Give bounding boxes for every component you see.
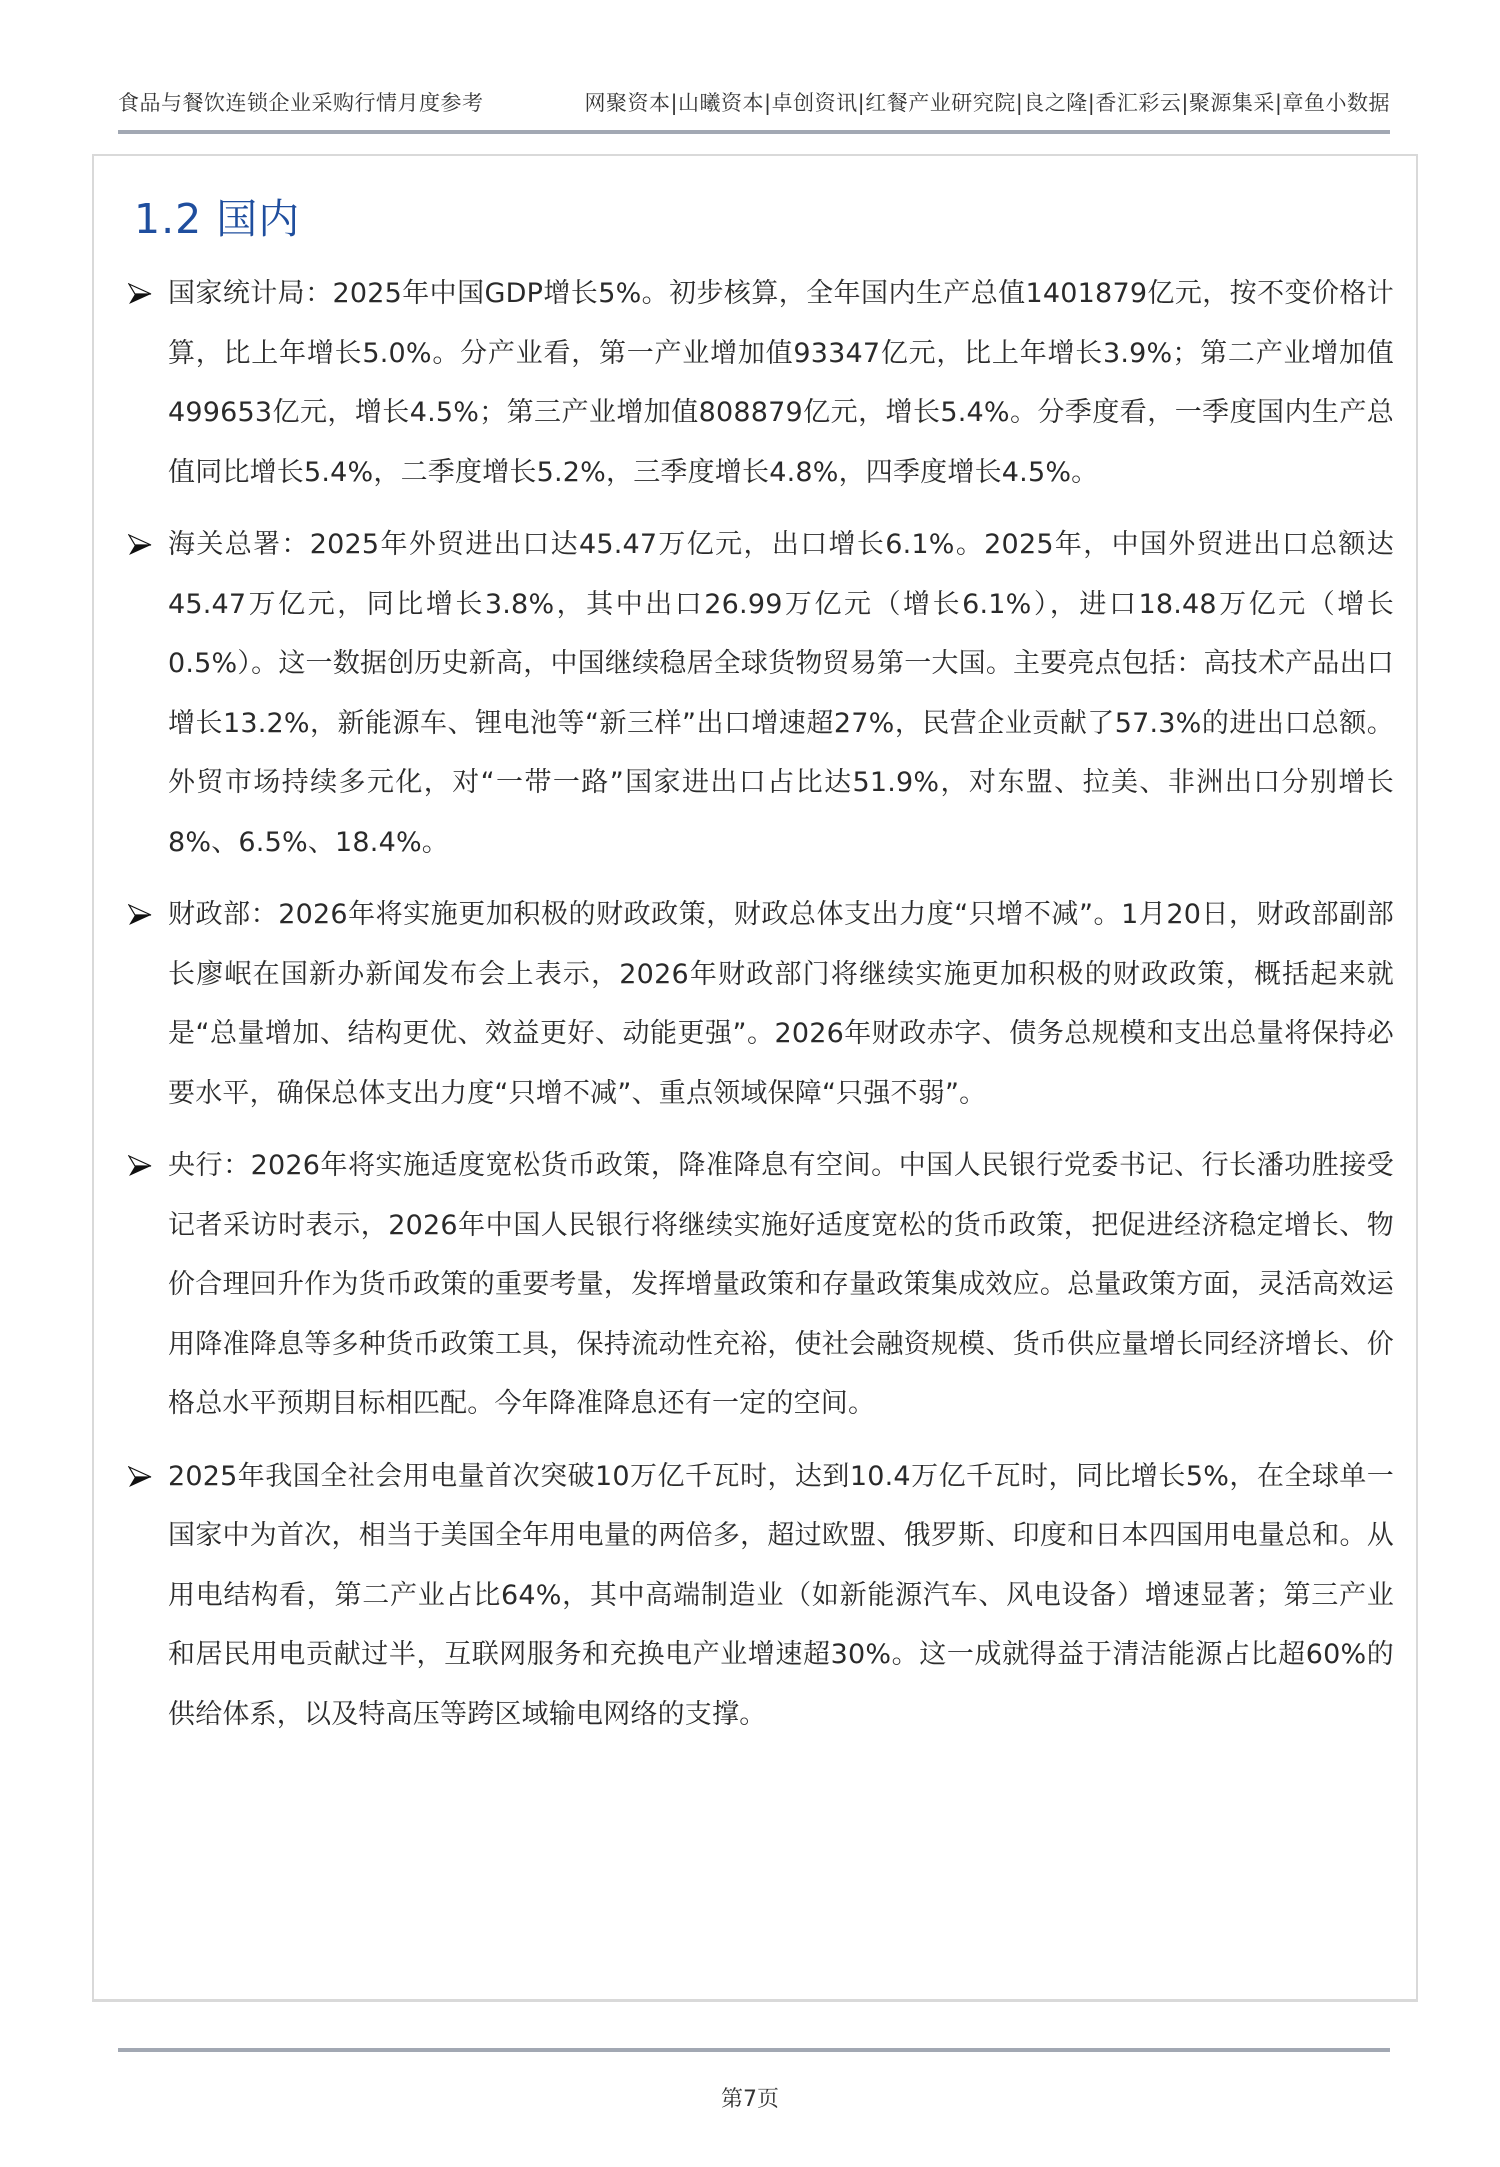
list-item: 2025年我国全社会用电量首次突破10万亿千瓦时，达到10.4万亿千瓦时，同比增… [124,1447,1394,1745]
arrow-bullet-icon [128,904,152,926]
list-item: 央行：2026年将实施适度宽松货币政策，降准降息有空间。中国人民银行党委书记、行… [124,1136,1394,1434]
footer-divider [118,2048,1390,2052]
bullet-text: 财政部：2026年将实施更加积极的财政政策，财政总体支出力度“只增不减”。1月2… [168,899,1394,1109]
content-box: 1.2 国内 国家统计局：2025年中国GDP增长5%。初步核算，全年国内生产总… [92,154,1418,2002]
list-item: 国家统计局：2025年中国GDP增长5%。初步核算，全年国内生产总值140187… [124,264,1394,502]
list-item: 海关总署：2025年外贸进出口达45.47万亿元，出口增长6.1%。2025年，… [124,515,1394,872]
bullet-text: 2025年我国全社会用电量首次突破10万亿千瓦时，达到10.4万亿千瓦时，同比增… [168,1461,1394,1730]
report-title: 食品与餐饮连锁企业采购行情月度参考 [118,87,484,117]
bullet-text: 国家统计局：2025年中国GDP增长5%。初步核算，全年国内生产总值140187… [168,278,1394,488]
bullet-text: 海关总署：2025年外贸进出口达45.47万亿元，出口增长6.1%。2025年，… [168,529,1394,858]
arrow-bullet-icon [128,1466,152,1488]
arrow-bullet-icon [128,283,152,305]
page-header: 食品与餐饮连锁企业采购行情月度参考 网聚资本|山曦资本|卓创资讯|红餐产业研究院… [118,84,1390,120]
arrow-bullet-icon [128,1155,152,1177]
page-number: 第7页 [0,2082,1500,2113]
header-divider [118,130,1390,134]
bullet-list: 国家统计局：2025年中国GDP增长5%。初步核算，全年国内生产总值140187… [124,264,1394,1757]
bullet-text: 央行：2026年将实施适度宽松货币政策，降准降息有空间。中国人民银行党委书记、行… [168,1150,1394,1419]
list-item: 财政部：2026年将实施更加积极的财政政策，财政总体支出力度“只增不减”。1月2… [124,885,1394,1123]
data-sources: 网聚资本|山曦资本|卓创资讯|红餐产业研究院|良之隆|香汇彩云|聚源集采|章鱼小… [584,87,1390,117]
section-title: 1.2 国内 [134,186,300,245]
arrow-bullet-icon [128,534,152,556]
